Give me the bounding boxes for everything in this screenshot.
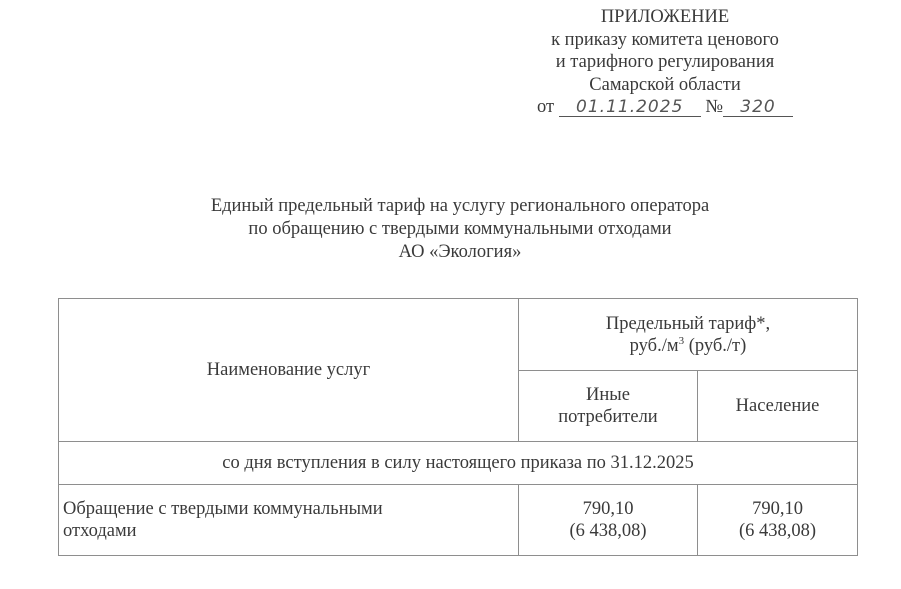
header-other-consumers: Иные потребители [519, 371, 698, 442]
number-prefix: № [705, 97, 723, 117]
document-title: Единый предельный тариф на услугу регион… [100, 195, 820, 264]
date-prefix: от [537, 97, 554, 117]
period-row: со дня вступления в силу настоящего прик… [59, 442, 858, 485]
population-value: 790,10 (6 438,08) [698, 485, 858, 556]
table-row: Обращение с твердыми коммунальными отход… [59, 485, 858, 556]
title-line-3: АО «Экология» [100, 241, 820, 264]
appendix-line-1: к приказу комитета ценового [470, 29, 860, 52]
order-reference: от 01.11.2025 №320 [470, 96, 860, 119]
appendix-header: ПРИЛОЖЕНИЕ к приказу комитета ценового и… [470, 6, 860, 119]
header-tariff-group: Предельный тариф*, руб./м3 (руб./т) [519, 299, 858, 371]
service-cell: Обращение с твердыми коммунальными отход… [59, 485, 519, 556]
tariff-table: Наименование услуг Предельный тариф*, ру… [58, 298, 858, 556]
order-number: 320 [723, 98, 793, 117]
title-line-2: по обращению с твердыми коммунальными от… [100, 218, 820, 241]
tariff-unit: руб./м3 (руб./т) [519, 335, 857, 357]
order-date: 01.11.2025 [559, 98, 701, 117]
appendix-heading: ПРИЛОЖЕНИЕ [470, 6, 860, 29]
appendix-line-3: Самарской области [470, 74, 860, 97]
header-service-name: Наименование услуг [59, 299, 519, 442]
appendix-line-2: и тарифного регулирования [470, 51, 860, 74]
title-line-1: Единый предельный тариф на услугу регион… [100, 195, 820, 218]
other-consumers-value: 790,10 (6 438,08) [519, 485, 698, 556]
header-population: Население [698, 371, 858, 442]
